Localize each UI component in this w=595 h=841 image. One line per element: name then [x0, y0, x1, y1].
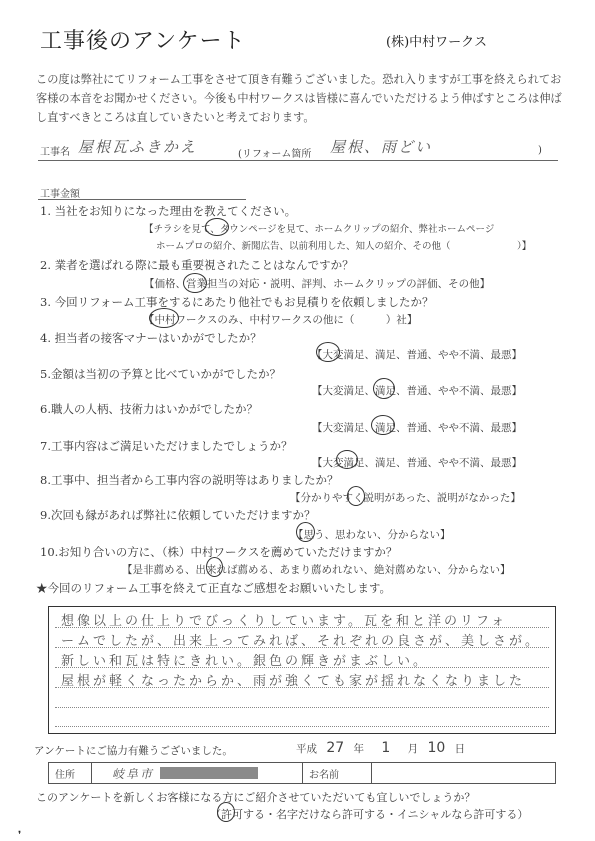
date-month-label: 月 — [408, 743, 419, 755]
thanks-message: アンケートにご協力有難うございました。 — [34, 743, 233, 758]
selection-circle — [371, 415, 395, 435]
selection-circle — [206, 557, 223, 577]
survey-title: 工事後のアンケート — [40, 24, 246, 55]
selection-circle — [205, 218, 229, 236]
question-3: 3. 今回リフォーム工事をするにあたり他社でもお見積りを依頼しましたか？ — [40, 294, 434, 310]
comment-line-2: ームでしたが、出来上ってみれば、それぞれの良さが、美しさが。 — [61, 630, 541, 649]
address-name-table: 住所 岐阜市 お名前 — [48, 762, 556, 784]
selection-circle — [296, 522, 315, 542]
question-9: 9.次回も縁があれば弊社に依頼していただけますか？ — [40, 507, 315, 523]
question-8-options[interactable]: 【分かりやすく説明があった、説明がなかった】 — [290, 490, 521, 505]
selection-circle — [373, 378, 395, 399]
question-1: 1. 当社をお知りになった理由を教えてください。 — [40, 203, 296, 219]
date-month[interactable]: 1 — [381, 740, 390, 756]
question-6: 6.職人の人柄、技術力はいかがでしたか？ — [40, 401, 258, 417]
comment-prompt: ★今回のリフォーム工事を終えて正直なご感想をお願いいたします。 — [36, 580, 391, 596]
date-era: 平成 — [296, 743, 317, 755]
question-1-options-line2[interactable]: ホームプロの紹介、新聞広告、以前利用した、知人の紹介、その他（ ）】 — [156, 238, 531, 252]
selection-circle — [347, 486, 365, 506]
name-field[interactable] — [372, 763, 555, 783]
reform-location-label: (リフォーム箇所 — [238, 145, 311, 160]
redacted-block — [160, 767, 258, 779]
work-name-field[interactable]: 屋根瓦ふきかえ — [78, 136, 197, 157]
selection-circle — [149, 308, 179, 328]
selection-circle — [183, 273, 207, 293]
comment-line-1: 想像以上の仕上りでびっくりしています。瓦を和と洋のリフォ — [61, 610, 507, 629]
date-year[interactable]: 27 — [326, 740, 344, 756]
question-1-options-line1[interactable]: 【チラシを見て、タウンページを見て、ホームクリップの紹介、弊社ホームページ — [144, 221, 494, 235]
date-day[interactable]: 10 — [427, 740, 445, 756]
question-2: 2. 業者を選ばれる際に最も重要視されたことはなんですか？ — [40, 257, 354, 273]
selection-circle — [336, 450, 358, 469]
permission-options[interactable]: （許可する・名字だけなら許可する・イニシャルなら許可する） — [210, 806, 528, 822]
comment-rule — [55, 707, 549, 708]
comment-rule — [55, 726, 549, 727]
work-amount-field[interactable] — [38, 199, 246, 200]
date-day-label: 日 — [455, 743, 466, 755]
comment-box[interactable]: 想像以上の仕上りでびっくりしています。瓦を和と洋のリフォ ームでしたが、出来上っ… — [48, 606, 556, 734]
address-value: 岐阜市 — [112, 765, 154, 782]
address-label: 住所 — [49, 763, 92, 783]
intro-paragraph: この度は弊社にてリフォーム工事をさせて頂き有難うございました。恐れ入りますが工事… — [36, 70, 571, 127]
permission-question: このアンケートを新しくお客様になる方にご紹介させていただいても宜しいでしょうか？ — [36, 789, 475, 805]
date-year-label: 年 — [354, 743, 365, 755]
comment-line-3: 新しい和瓦は特にきれい。銀色の輝きがまぶしい。 — [61, 650, 429, 669]
name-label: お名前 — [303, 763, 372, 783]
question-9-options[interactable]: 【思う、思わない、分からない】 — [293, 527, 451, 542]
comment-line-4: 屋根が軽くなったからか、雨が強くても家が揺れなくなりました — [61, 670, 525, 689]
work-amount-label: 工事金額 — [40, 185, 80, 200]
question-8: 8.工事中、担当者から工事内容の説明等はありましたか？ — [40, 472, 338, 488]
question-5-options[interactable]: 【大変満足、満足、普通、やや不満、最悪】 — [312, 383, 522, 398]
work-name-label: 工事名 — [40, 143, 70, 158]
scan-mark: ❜ — [18, 830, 21, 841]
selection-circle — [217, 802, 235, 822]
address-field[interactable]: 岐阜市 — [92, 763, 303, 783]
question-5: 5.金額は当初の予算と比べていかがでしたか？ — [40, 366, 281, 382]
survey-date[interactable]: 平成 27 年 1 月 10 日 — [296, 740, 465, 756]
reform-location-field[interactable]: 屋根、雨どい — [330, 136, 432, 157]
question-4-options[interactable]: 【大変満足、満足、普通、やや不満、最悪】 — [312, 347, 522, 362]
question-6-options[interactable]: 【大変満足、満足、普通、やや不満、最悪】 — [312, 420, 522, 435]
question-4: 4. 担当者の接客マナーはいかがでしたか？ — [40, 330, 262, 346]
reform-location-close: ) — [538, 145, 542, 156]
question-7: 7.工事内容はご満足いただけましたでしょうか？ — [40, 438, 292, 454]
question-10-options[interactable]: 【是非薦める、出来れば薦める、あまり薦めれない、絶対薦めない、分からない】 — [122, 562, 511, 577]
question-3-options[interactable]: 【中村ワークスのみ、中村ワークスの他に（ ）社】 — [144, 312, 417, 327]
company-name: (株)中村ワークス — [386, 31, 487, 50]
selection-circle — [316, 342, 340, 362]
